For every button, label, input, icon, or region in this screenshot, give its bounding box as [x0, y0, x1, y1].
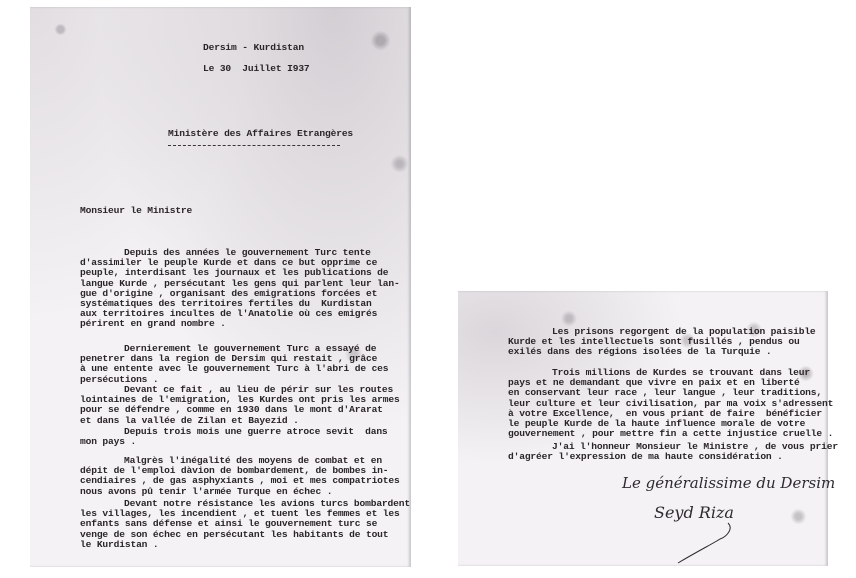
- letter-page-2: Les prisons regorgent de la population p…: [458, 291, 828, 566]
- paragraph-6: Devant notre résistance les avions turcs…: [80, 499, 410, 550]
- paragraph-4: Depuis trois mois une guerre atroce sevi…: [80, 427, 388, 447]
- text-line: le Kurdistan .: [80, 540, 410, 550]
- paragraph-7: Les prisons regorgent de la population p…: [508, 327, 816, 358]
- paragraph-9: J'ai l'honneur Monsieur le Ministre , de…: [508, 442, 838, 462]
- paragraph-5: Malgrès l'inégalité des moyens de combat…: [80, 456, 400, 497]
- text-line: périrent en grand nombre .: [80, 319, 400, 329]
- paragraph-8: Trois millions de Kurdes se trouvant dan…: [508, 368, 833, 439]
- letter-salutation: Monsieur le Ministre: [80, 206, 192, 216]
- paragraph-2: Dernierement le gouvernement Turc a essa…: [80, 344, 388, 385]
- signature-name: Seyd Riza: [654, 503, 734, 522]
- text-line: et dans la vallée de Zilan et Bayezid .: [80, 416, 400, 426]
- text-line: exilés dans des régions isolées de la Tu…: [508, 347, 816, 357]
- text-line: mon pays .: [80, 437, 388, 447]
- signature-title: Le généralissime du Dersim: [622, 474, 835, 492]
- text-line: gouvernement , pour mettre fin a cette i…: [508, 429, 833, 439]
- letter-recipient: Ministère des Affaires Etrangères: [168, 129, 353, 139]
- letter-place: Dersim - Kurdistan: [203, 43, 304, 53]
- paragraph-3: Devant ce fait , au lieu de périr sur le…: [80, 385, 400, 426]
- signature-flourish: [658, 521, 748, 566]
- letter-page-1: Dersim - Kurdistan Le 30 Juillet I937 Mi…: [30, 7, 411, 567]
- text-line: d'agréer l'expression de ma haute consid…: [508, 452, 838, 462]
- text-line: nous avons pû tenir l'armée Turque en éc…: [80, 487, 400, 497]
- recipient-underline: [168, 145, 340, 146]
- letter-date: Le 30 Juillet I937: [203, 64, 310, 74]
- paragraph-1: Depuis des années le gouvernement Turc t…: [80, 248, 400, 330]
